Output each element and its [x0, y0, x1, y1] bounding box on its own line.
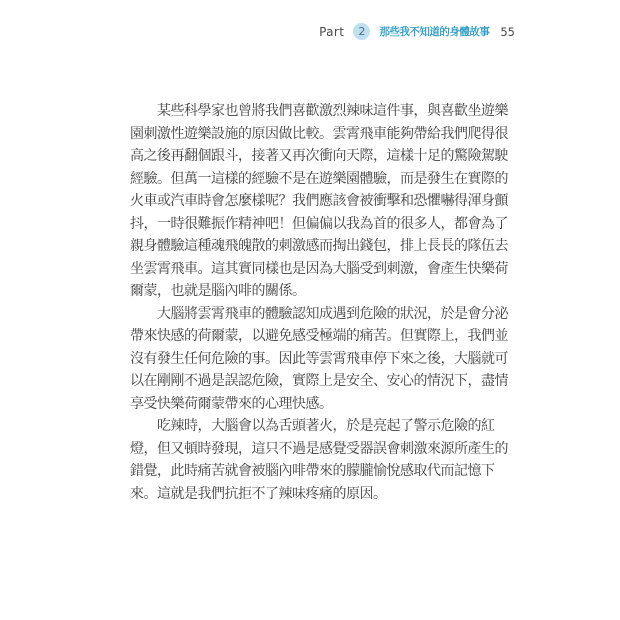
- text-line: 沒有發生任何危險的事。因此等雲霄飛車停下來之後，大腦就可: [130, 348, 515, 371]
- text-line: 火車或汽車時會怎麼樣呢？我們應該會被衝擊和恐懼嚇得渾身顫: [130, 190, 515, 213]
- text-line: 園刺激性遊樂設施的原因做比較。雲霄飛車能夠帶給我們爬得很: [130, 123, 515, 146]
- part-label: Part: [319, 25, 344, 39]
- text-line: 親身體驗這種魂飛魄散的刺激感而掏出錢包，排上長長的隊伍去: [130, 235, 515, 258]
- text-line: 坐雲霄飛車。這其實同樣也是因為大腦受到刺激，會產生快樂荷: [130, 258, 515, 281]
- text-line: 經驗。但萬一這樣的經驗不是在遊樂園體驗，而是發生在實際的: [130, 168, 515, 191]
- text-line: 大腦將雲霄飛車的體驗認知成遇到危險的狀況，於是會分泌: [130, 303, 515, 326]
- text-line: 來。這就是我們抗拒不了辣味疼痛的原因。: [130, 483, 515, 506]
- text-line: 高之後再翻個跟斗，接著又再次衝向天際，這樣十足的驚險駕駛: [130, 145, 515, 168]
- text-line: 燈，但又頓時發現，這只不過是感覺受器誤會刺激來源所產生的: [130, 438, 515, 461]
- book-page: Part 2 那些我不知道的身體故事 55 某些科學家也曾將我們喜歡激烈辣味這件…: [0, 0, 620, 620]
- text-line: 爾蒙，也就是腦內啡的關係。: [130, 280, 515, 303]
- text-line: 錯覺，此時痛苦就會被腦內啡帶來的朦朧愉悅感取代而記憶下: [130, 460, 515, 483]
- running-header: Part 2 那些我不知道的身體故事 55: [319, 23, 515, 40]
- text-line: 吃辣時，大腦會以為舌頭著火，於是亮起了警示危險的紅: [130, 415, 515, 438]
- page-number: 55: [500, 25, 515, 39]
- text-line: 抖，一時很難振作精神吧！但偏偏以我為首的很多人，都會為了: [130, 213, 515, 236]
- text-line: 某些科學家也曾將我們喜歡激烈辣味這件事，與喜歡坐遊樂: [130, 100, 515, 123]
- section-title: 那些我不知道的身體故事: [379, 24, 489, 39]
- text-line: 帶來快感的荷爾蒙，以避免感受極端的痛苦。但實際上，我們並: [130, 325, 515, 348]
- text-line: 享受快樂荷爾蒙帶來的心理快感。: [130, 393, 515, 416]
- body-text: 某些科學家也曾將我們喜歡激烈辣味這件事，與喜歡坐遊樂園刺激性遊樂設施的原因做比較…: [130, 100, 515, 505]
- text-line: 以在剛剛不過是誤認危險，實際上是安全、安心的情況下，盡情: [130, 370, 515, 393]
- part-number-badge: 2: [353, 23, 370, 40]
